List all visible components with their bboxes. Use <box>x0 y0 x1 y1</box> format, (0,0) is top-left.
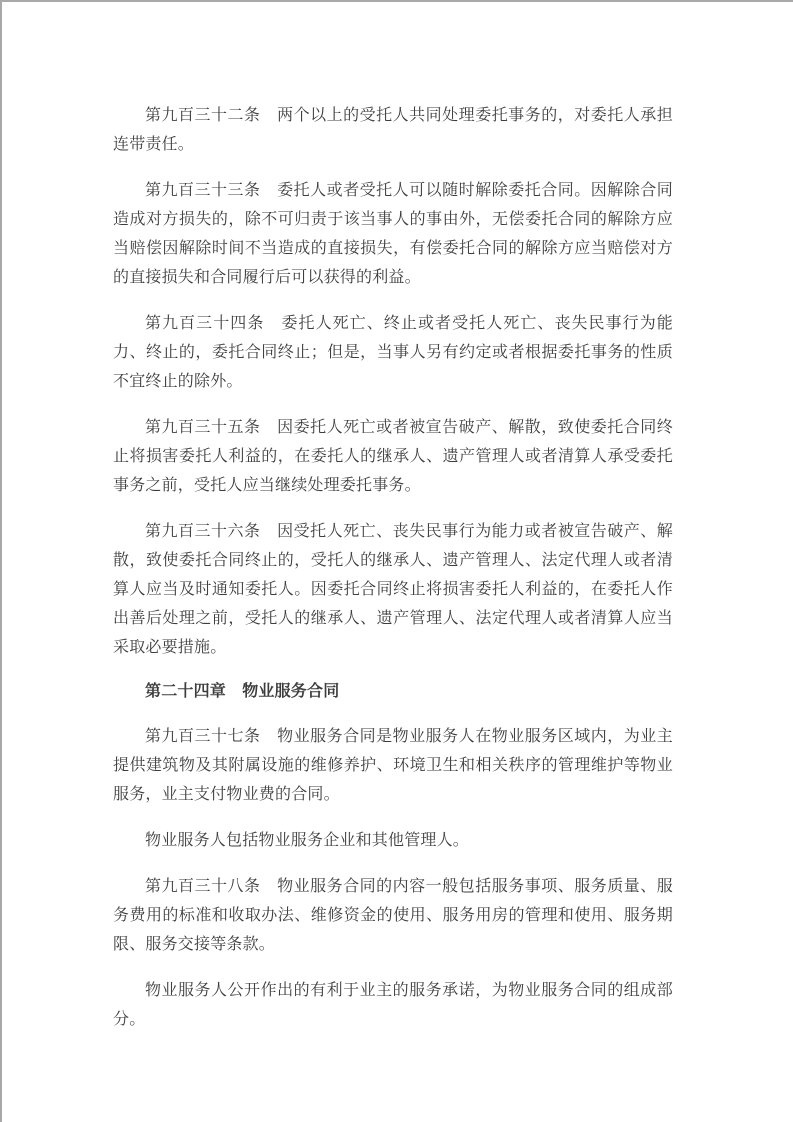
article-937-paragraph: 第九百三十七条 物业服务合同是物业服务人在物业服务区域内，为业主提供建筑物及其附… <box>113 722 673 809</box>
property-service-provider-paragraph: 物业服务人包括物业服务企业和其他管理人。 <box>113 826 673 855</box>
chapter-24-heading: 第二十四章 物业服务合同 <box>113 677 673 706</box>
article-934-paragraph: 第九百三十四条 委托人死亡、终止或者受托人死亡、丧失民事行为能力、终止的，委托合… <box>113 309 673 396</box>
article-938-paragraph: 第九百三十八条 物业服务合同的内容一般包括服务事项、服务质量、服务费用的标准和收… <box>113 872 673 959</box>
article-932-paragraph: 第九百三十二条 两个以上的受托人共同处理委托事务的，对委托人承担连带责任。 <box>113 101 673 159</box>
article-936-paragraph: 第九百三十六条 因受托人死亡、丧失民事行为能力或者被宣告破产、解散，致使委托合同… <box>113 517 673 662</box>
article-933-paragraph: 第九百三十三条 委托人或者受托人可以随时解除委托合同。因解除合同造成对方损失的，… <box>113 176 673 292</box>
article-935-paragraph: 第九百三十五条 因委托人死亡或者被宣告破产、解散，致使委托合同终止将损害委托人利… <box>113 413 673 500</box>
document-text-block: 第九百三十二条 两个以上的受托人共同处理委托事务的，对委托人承担连带责任。 第九… <box>113 101 673 1051</box>
document-page: 第九百三十二条 两个以上的受托人共同处理委托事务的，对委托人承担连带责任。 第九… <box>0 0 793 1122</box>
service-commitment-paragraph: 物业服务人公开作出的有利于业主的服务承诺，为物业服务合同的组成部分。 <box>113 976 673 1034</box>
